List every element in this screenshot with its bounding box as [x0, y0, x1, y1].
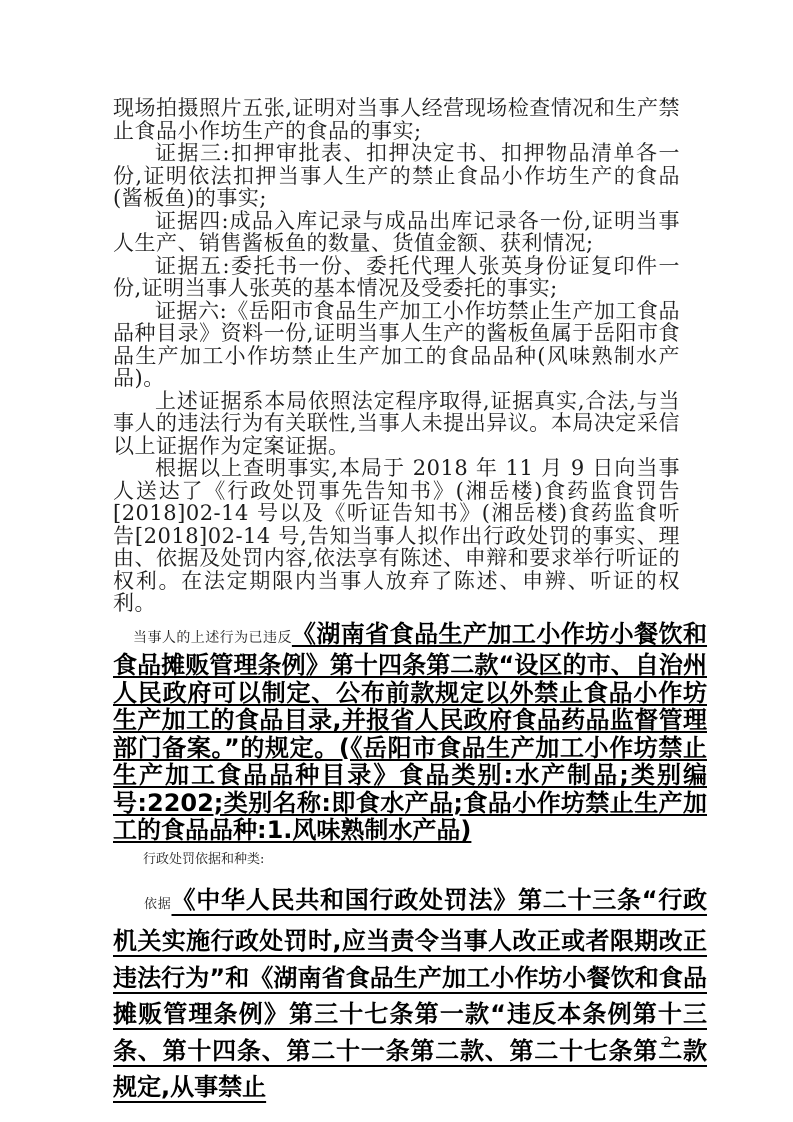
- evidence-paragraph-3: 证据三:扣押审批表、扣押决定书、扣押物品清单各一份,证明依法扣押当事人生产的禁止…: [113, 142, 680, 210]
- penalty-lead-in: 依据: [144, 897, 172, 912]
- evidence-paragraph-5: 证据五:委托书一份、委托代理人张英身份证复印件一份,证明当事人张英的基本情况及受…: [113, 255, 680, 300]
- evidence-paragraph-continuation: 现场拍摄照片五张,证明对当事人经营现场检查情况和生产禁止食品小作坊生产的食品的事…: [113, 97, 680, 142]
- document-content: 现场拍摄照片五张,证明对当事人经营现场检查情况和生产禁止食品小作坊生产的食品的事…: [113, 97, 680, 1106]
- evidence-paragraph-4: 证据四:成品入库记录与成品出库记录各一份,证明当事人生产、销售酱板鱼的数量、货值…: [113, 210, 680, 255]
- violation-cited-regulation: 《湖南省食品生产加工小作坊小餐饮和食品摊贩管理条例》第十四条第二款“设区的市、自…: [113, 620, 707, 845]
- document-page: 现场拍摄照片五张,证明对当事人经营现场检查情况和生产禁止食品小作坊生产的食品的事…: [0, 0, 793, 1122]
- evidence-paragraph-6: 证据六:《岳阳市食品生产加工小作坊禁止生产加工食品品种目录》资料一份,证明当事人…: [113, 300, 680, 390]
- penalty-cited-law: 《中华人民共和国行政处罚法》第二十三条“行政机关实施行政处罚时,应当责令当事人改…: [113, 886, 707, 1102]
- penalty-basis-heading: 行政处罚依据和种类:: [113, 851, 680, 868]
- penalty-basis-paragraph: 依据《中华人民共和国行政处罚法》第二十三条“行政机关实施行政处罚时,应当责令当事…: [113, 882, 707, 1106]
- notification-paragraph: 根据以上查明事实,本局于 2018 年 11 月 9 日向当事人送达了《行政处罚…: [113, 457, 680, 615]
- evidence-conclusion-paragraph: 上述证据系本局依照法定程序取得,证据真实,合法,与当事人的违法行为有关联性,当事…: [113, 390, 680, 458]
- page-number: 2: [663, 1035, 672, 1051]
- violation-paragraph: 当事人的上述行为已违反《湖南省食品生产加工小作坊小餐饮和食品摊贩管理条例》第十四…: [113, 621, 707, 845]
- violation-lead-in: 当事人的上述行为已违反: [133, 630, 292, 646]
